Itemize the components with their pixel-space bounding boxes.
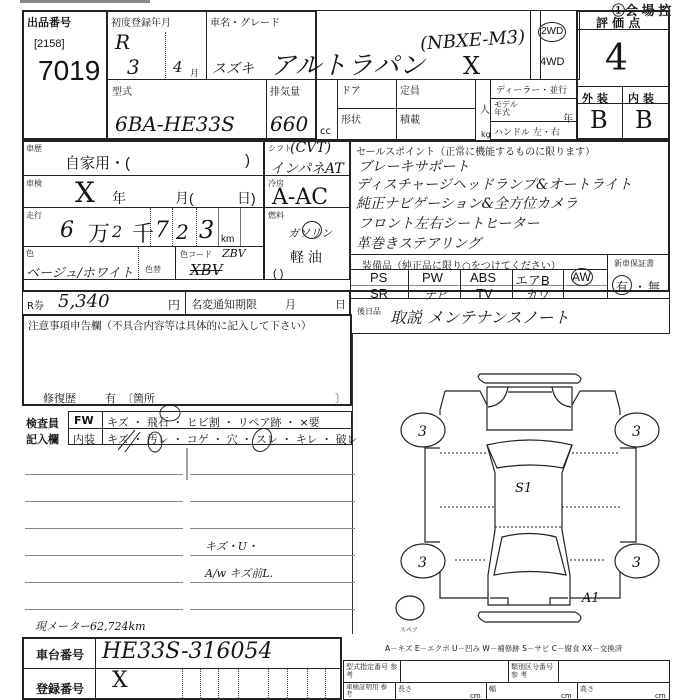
- registration-label: 登録番号: [36, 680, 84, 697]
- equip-ps[interactable]: PS: [370, 270, 387, 285]
- mileage-man-unit: 万: [88, 217, 110, 248]
- drive-box: [530, 10, 580, 80]
- door-label: ドア: [341, 82, 361, 97]
- sales-point-2: ディスチャージヘッドランプ&オートライト: [356, 174, 632, 194]
- history-close: ): [245, 152, 250, 169]
- shift-value-1: (CVT): [290, 140, 331, 156]
- recycle-label: R券: [27, 297, 44, 312]
- shape-label: 形状: [341, 111, 361, 126]
- warranty-label: 新車保証書: [614, 258, 654, 269]
- exterior-score: B: [590, 106, 608, 134]
- name-change-month: 月: [285, 296, 296, 312]
- score-value: 4: [605, 38, 628, 79]
- mark-rear-quarter: A1: [581, 591, 600, 606]
- displacement-label: 排気量: [270, 83, 300, 98]
- car-name-label: 車名・グレード: [210, 14, 280, 29]
- color-code-label: 色コード: [180, 249, 212, 260]
- fuel-diesel[interactable]: 軽 油: [290, 247, 322, 267]
- height-label: 高さ: [580, 684, 594, 694]
- equip-abs[interactable]: ABS: [470, 270, 496, 285]
- length-label: 長さ: [398, 684, 412, 694]
- type-designation-label: 型式指定番号 参 考: [346, 663, 398, 679]
- car-model: アルトラパン: [270, 45, 425, 82]
- mileage-unit: km: [221, 234, 234, 245]
- first-registration-label: 初度登録年月: [111, 14, 171, 29]
- inspection-month: 月(: [175, 188, 194, 208]
- inspector-note-2: A/w キズ前L.: [205, 565, 273, 581]
- width-label: 幅: [489, 684, 496, 694]
- height-unit: cm: [655, 692, 666, 700]
- drive-4wd[interactable]: 4WD: [540, 56, 564, 68]
- capacity-unit: 人: [480, 101, 490, 116]
- equip-aw[interactable]: AW: [572, 270, 591, 284]
- fuel-gasoline[interactable]: ガソリン: [288, 225, 332, 241]
- fuel-label: 燃料: [268, 210, 284, 221]
- car-grade: X: [463, 52, 480, 80]
- mileage-digit-2: 2: [176, 220, 189, 244]
- model-code-value: 6BA-HE33S: [115, 112, 235, 136]
- name-change-day: 日: [335, 296, 346, 312]
- history-label: 車歴: [26, 143, 42, 154]
- color-label: 色: [26, 248, 34, 259]
- sales-point-4: フロント左右シートヒーター: [358, 213, 539, 233]
- inspector-marks: [0, 400, 360, 480]
- mileage-label: 走行: [26, 210, 42, 221]
- lot-label: 出品番号: [27, 14, 71, 30]
- color-value: ベージュ/ホワイト: [26, 262, 133, 281]
- lot-sub-number: [2158]: [34, 38, 65, 50]
- name-change-label: 名変通知期限: [191, 296, 257, 312]
- history-box: [22, 140, 264, 176]
- load-label: 積載: [400, 111, 420, 126]
- first-registration-month: 4: [173, 58, 183, 76]
- month-unit: 月: [190, 66, 199, 79]
- header-bar: [20, 0, 150, 3]
- warranty-no[interactable]: 無: [648, 278, 660, 295]
- tire-front-right: 3: [632, 424, 641, 440]
- mileage-digit-1: 7: [155, 218, 169, 243]
- sales-point-1: ブレーキサポート: [358, 156, 469, 176]
- damage-legend: A－キズ E－エクボ U－凹み W－補修跡 S－サビ C－腐食 XX－交換済: [385, 643, 622, 654]
- mileage-man: 6: [60, 218, 74, 243]
- displacement-unit: cc: [320, 126, 331, 137]
- registration-value: X: [112, 668, 128, 693]
- equip-pw[interactable]: PW: [422, 270, 443, 285]
- first-registration-era: R: [115, 30, 130, 54]
- chassis-value: HE33S-316054: [102, 639, 273, 664]
- color-change-label: 色替: [145, 264, 161, 275]
- model-year-label: モデル年式: [494, 101, 524, 117]
- spare-label: スペア: [400, 627, 418, 634]
- interior-score: B: [635, 106, 653, 134]
- first-registration-year: 3: [127, 55, 140, 79]
- mileage-sen: 2: [112, 222, 122, 241]
- fuel-other: ( ): [273, 268, 283, 280]
- handle-label[interactable]: ハンドル 左・右: [494, 125, 560, 138]
- recycle-value: 5,340: [58, 291, 110, 312]
- sales-point-3: 純正ナビゲーション&全方位カメラ: [356, 193, 578, 213]
- car-maker: スズキ: [212, 58, 254, 78]
- history-value: 自家用・(: [65, 152, 130, 173]
- inspection-box: [22, 175, 264, 208]
- chassis-label: 車台番号: [36, 646, 84, 663]
- dealer-label[interactable]: ディーラー・並行: [496, 83, 567, 96]
- tire-rear-right: 3: [632, 555, 641, 571]
- color-code-value: ZBV: [222, 247, 246, 260]
- accessories-value: 取説 メンテナンスノート: [390, 305, 569, 328]
- warranty-yes[interactable]: 有: [616, 278, 628, 295]
- mark-roof: S1: [515, 481, 532, 496]
- lot-number: 7019: [38, 55, 100, 87]
- notes-label: 注意事項申告欄（不具合内容等は具体的に記入して下さい）: [28, 318, 312, 333]
- tire-front-left: 3: [418, 424, 427, 440]
- inspection-day: 日): [237, 188, 256, 208]
- color-code-struck: XBV: [190, 261, 223, 279]
- length-unit: cm: [470, 692, 481, 700]
- inspection-value: X: [75, 176, 95, 209]
- recycle-unit: 円: [168, 296, 180, 313]
- width-unit: cm: [561, 692, 572, 700]
- inspector-note-1: キズ・U・: [205, 538, 258, 554]
- displacement-value: 660: [270, 112, 308, 136]
- sales-point-5: 革巻きステアリング: [356, 233, 481, 253]
- drive-2wd[interactable]: 2WD: [541, 26, 563, 37]
- category-number-label: 類別区分番号 参 考: [511, 663, 557, 679]
- tire-rear-left: 3: [418, 555, 427, 571]
- inspection-year: 年: [112, 188, 126, 208]
- accessories-label: 後日品: [357, 306, 381, 317]
- capacity-label: 定員: [400, 82, 420, 97]
- model-code-label: 型式: [112, 83, 132, 98]
- warranty-separator: ・: [634, 278, 646, 295]
- inspection-label: 車検: [26, 178, 42, 189]
- mileage-digit-3: 3: [199, 216, 214, 244]
- car-diagram: 3 3 3 3 S1 A1 スペア: [380, 370, 680, 640]
- shift-label: シフト: [268, 143, 292, 154]
- odometer-note: 現メーター62,724km: [35, 618, 146, 634]
- cert-label: 車検証明用 参 考: [346, 684, 394, 698]
